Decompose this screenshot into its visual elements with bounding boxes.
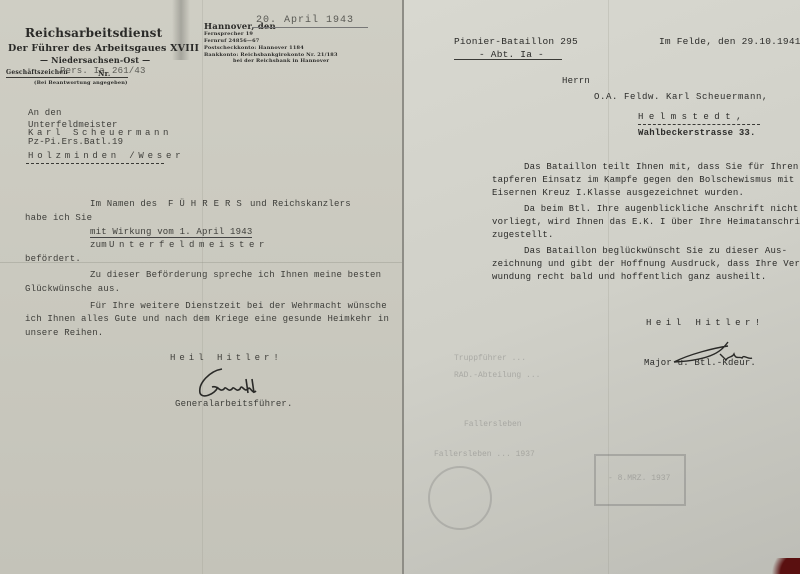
body-p2-a: Da beim Btl. Ihre augenblickliche Anschr… <box>524 204 798 214</box>
body-p3-a: Für Ihre weitere Dienstzeit bei der Wehr… <box>90 301 387 311</box>
signature-ewald-icon <box>192 365 272 399</box>
recipient-street: Wahlbeckerstrasse 33. <box>638 128 756 138</box>
letter-date: 20. April 1943 <box>256 15 354 26</box>
body-p2-b: vorliegt, wird Ihnen das E.K. I über Ihr… <box>492 217 800 227</box>
address-city: Holzminden /Weser <box>28 151 184 161</box>
contact-line-1: Fernsprecher 19 <box>204 31 253 37</box>
body-p1-befoerdert: befördert. <box>25 254 81 264</box>
body-p2-c: zugestellt. <box>492 230 554 240</box>
body-p3-c: unsere Reihen. <box>25 328 103 338</box>
salutation: Herrn <box>562 76 590 86</box>
body-p2-b: Glückwünsche aus. <box>25 284 120 294</box>
body-p1-c: und Reichskanzlers <box>250 199 351 209</box>
body-p3-b: zeichnung und gibt der Hoffnung Ausdruck… <box>492 259 800 269</box>
body-effective-date: mit Wirkung vom 1. April 1943 <box>90 227 252 238</box>
body-rank: Unterfeldmeister <box>109 240 269 250</box>
body-p3-a: Das Bataillon beglückwünscht Sie zu dies… <box>524 246 787 256</box>
body-p1-b: tapferen Einsatz im Kampfe gegen den Bol… <box>492 175 800 185</box>
body-p1-d: habe ich Sie <box>25 213 92 223</box>
left-letter-sheet: Reichsarbeitsdienst Der Führer des Arbei… <box>0 0 402 574</box>
body-p3-b: ich Ihnen alles Gute und nach dem Kriege… <box>25 314 389 324</box>
address-underline <box>26 163 164 164</box>
unit-name: Pionier-Bataillon 295 <box>454 36 578 47</box>
recipient-city: Helmstedt, <box>638 112 747 122</box>
bleed-through-line-2: RAD.-Abteilung ... <box>454 371 540 380</box>
unit-underline <box>454 59 562 60</box>
closing-title: Major u. Btl.-Kdeur. <box>644 358 756 368</box>
address-unit: Pz-Pi.Ers.Batl.19 <box>28 137 123 147</box>
paper-fold-vertical <box>202 0 203 574</box>
body-p1-fuehrer: FÜHRERS <box>168 199 248 209</box>
body-p3-c: wundung recht bald und hoffentlich ganz … <box>492 272 766 282</box>
body-p2-a: Zu dieser Beförderung spreche ich Ihnen … <box>90 270 381 280</box>
ref-note: (Bei Beantwortung angegeben) <box>34 80 128 86</box>
contact-line-2: Fernruf 24856—67 <box>204 38 259 44</box>
letterhead-subtitle: Der Führer des Arbeitsgaues XVIII <box>8 43 199 54</box>
letterhead-region: — Niedersachsen-Ost — <box>40 55 150 65</box>
stamp-date: - 8.MRZ. 1937 <box>608 474 670 483</box>
bleed-through-line-1: Truppführer ... <box>454 354 526 363</box>
contact-line-3: Postscheckkonto: Hannover 1184 <box>204 45 304 51</box>
body-p1-zum: zum <box>90 240 107 250</box>
ref-nr-value: 261/43 <box>112 66 146 76</box>
body-p1-c: Eisernen Kreuz I.Klasse ausgezeichnet wu… <box>492 188 744 198</box>
closing-salute: Heil Hitler! <box>646 318 765 328</box>
bleed-through-round-stamp <box>428 466 492 530</box>
letterhead-org: Reichsarbeitsdienst <box>25 26 162 40</box>
body-p1-a: Im Namen des <box>90 199 157 209</box>
ref-underline <box>6 77 128 78</box>
background-corner <box>762 558 800 574</box>
date-underline <box>252 27 368 28</box>
place-date: Im Felde, den 29.10.1941 <box>659 36 800 47</box>
body-p1-a: Das Bataillon teilt Ihnen mit, dass Sie … <box>524 162 798 172</box>
ref-label: Geschäftszeichen <box>6 69 68 76</box>
recipient-name: O.A. Feldw. Karl Scheuermann, <box>594 92 768 102</box>
bleed-through-line-3: Fallersleben <box>464 420 522 429</box>
bleed-through-line-4: Fallersleben ... 1937 <box>434 450 535 459</box>
right-letter-sheet: Pionier-Bataillon 295 - Abt. Ia - Im Fel… <box>402 0 800 574</box>
contact-line-4b: bei der Reichsbank in Hannover <box>233 58 329 64</box>
bleed-through-stamp-box: - 8.MRZ. 1937 <box>594 454 686 506</box>
closing-salute: Heil Hitler! <box>170 353 283 363</box>
city-underline <box>638 124 760 125</box>
closing-title: Generalarbeitsführer. <box>175 399 293 409</box>
address-line-1: An den <box>28 108 62 118</box>
